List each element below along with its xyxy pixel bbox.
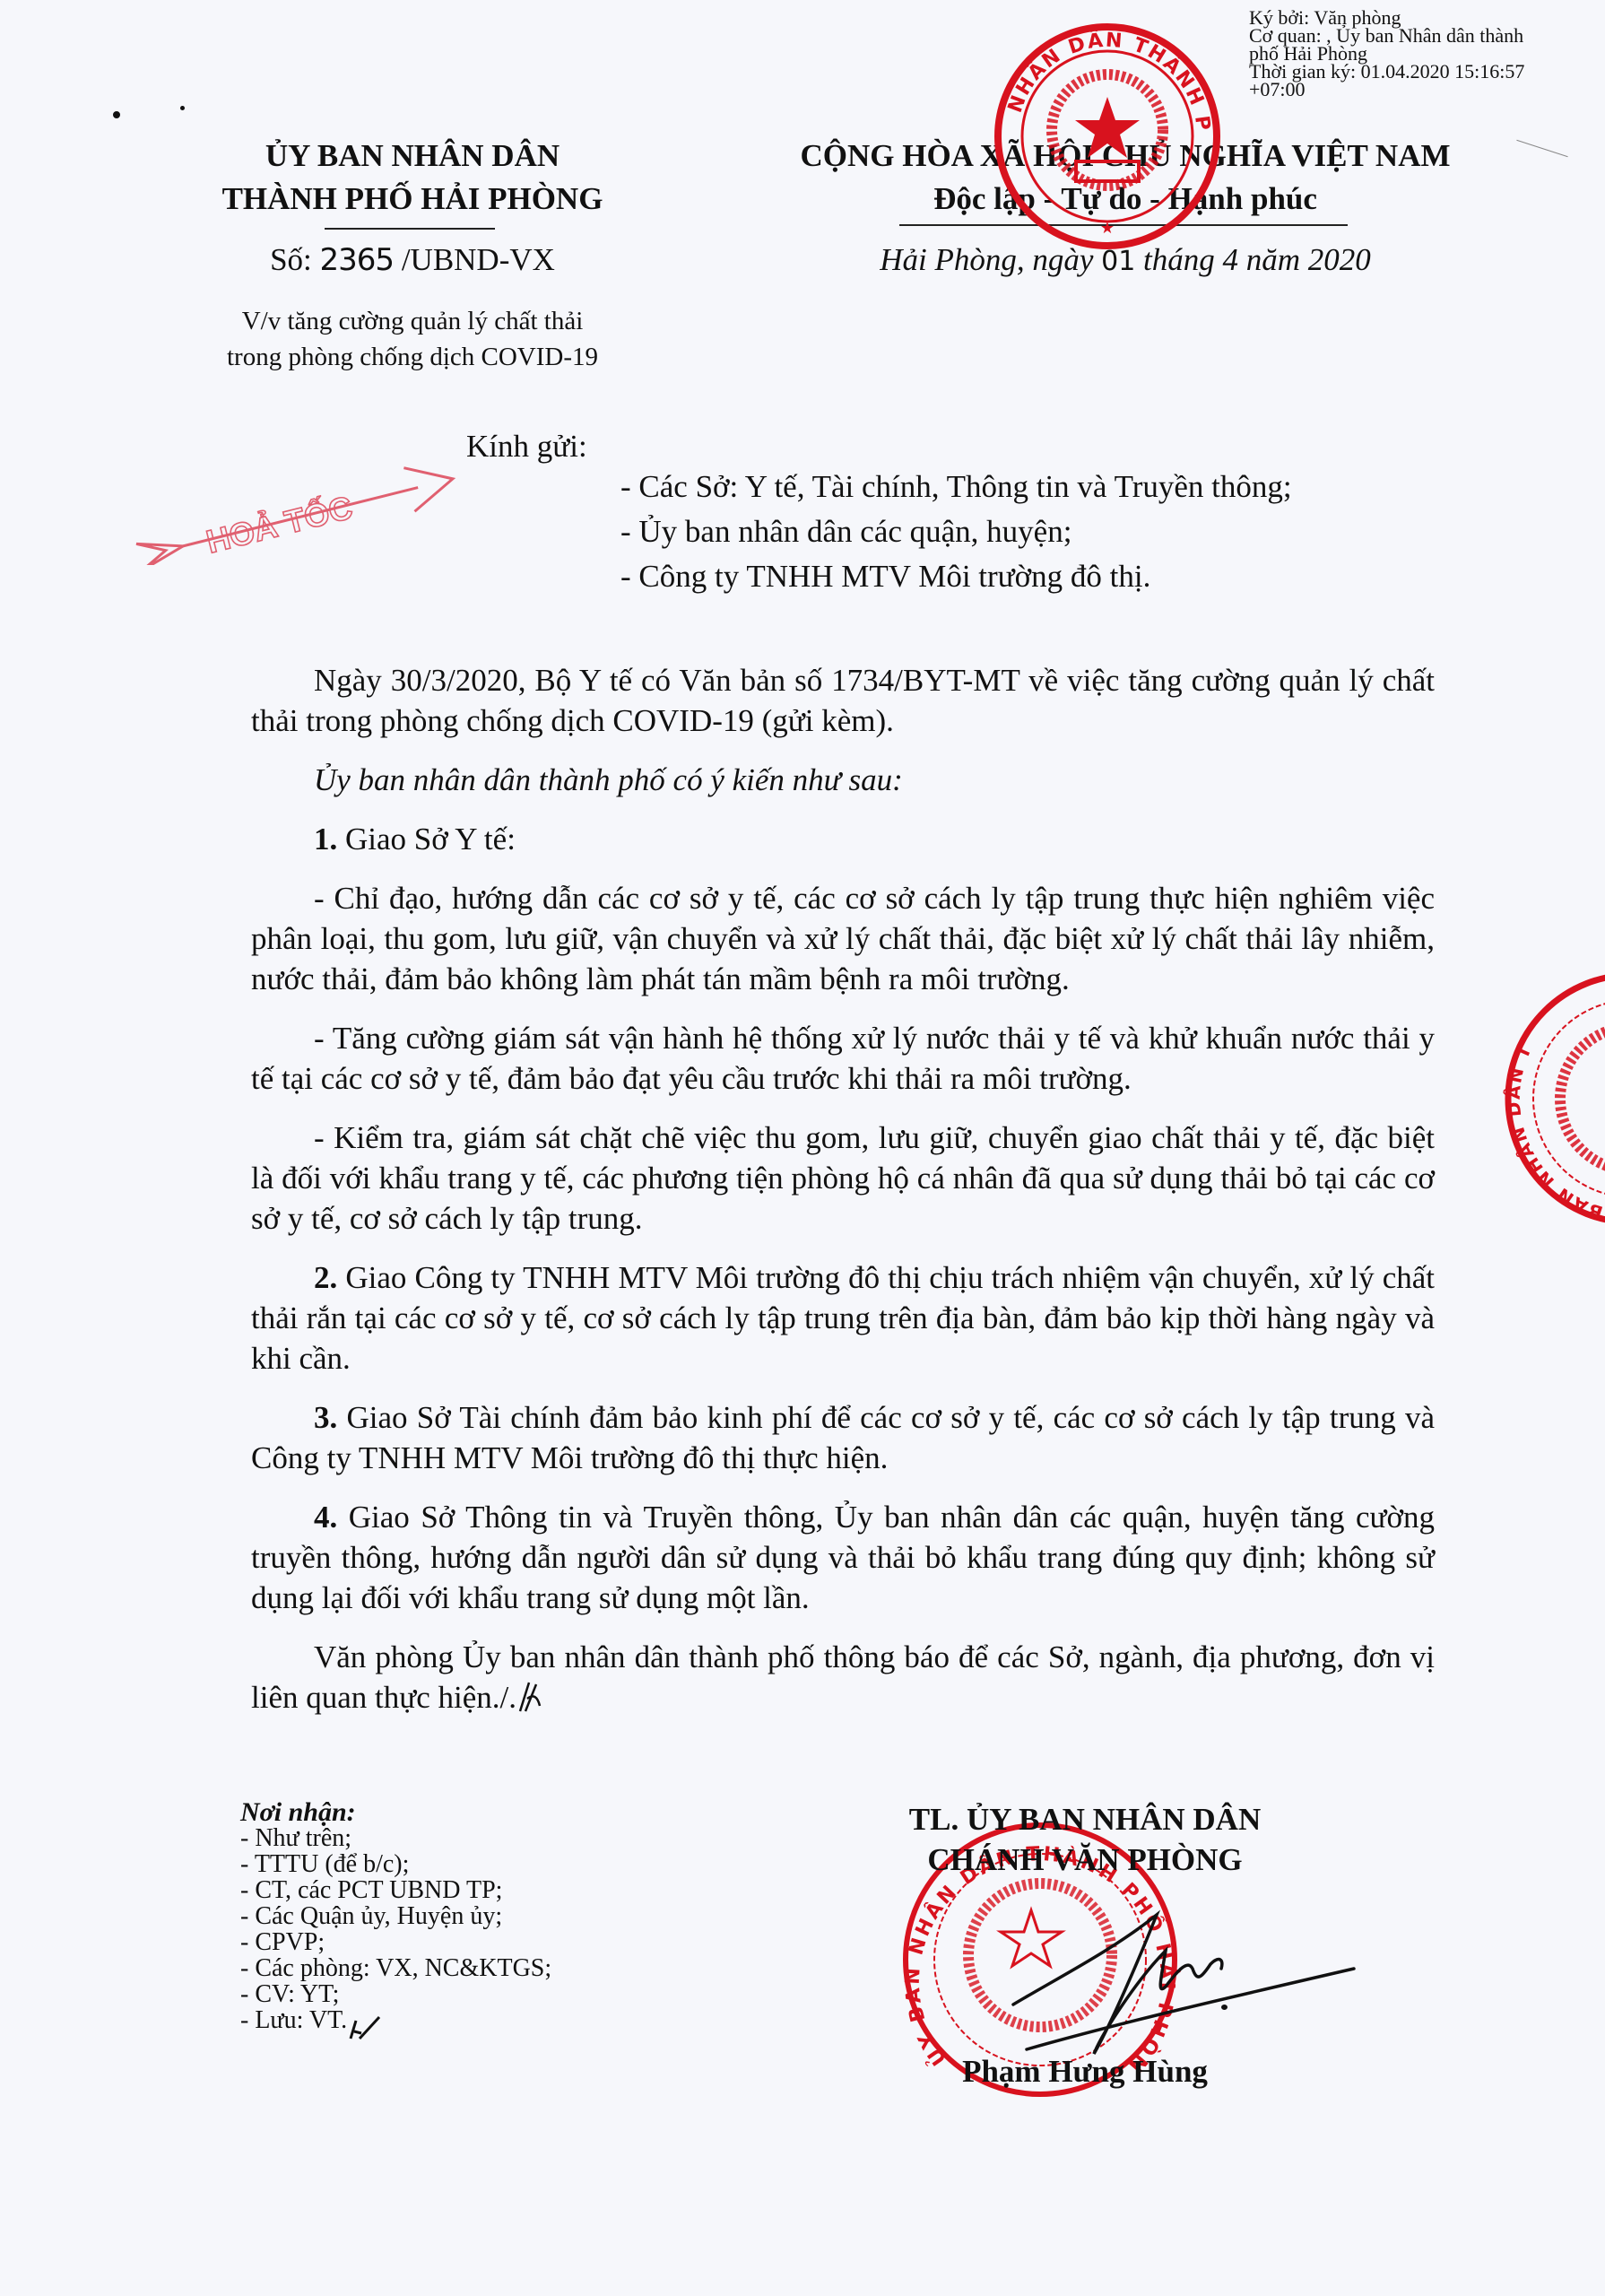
date-prefix: Hải Phòng, ngày [880, 242, 1101, 277]
distribution-list: Nơi nhận: - Như trên; - TTTU (để b/c); -… [240, 1799, 551, 2040]
issuing-agency: ỦY BAN NHÂN DÂN THÀNH PHỐ HẢI PHÒNG [152, 135, 672, 221]
section-3-text: Giao Sở Tài chính đảm bảo kinh phí để cá… [251, 1400, 1435, 1475]
section-1-bullet-3: - Kiểm tra, giám sát chặt chẽ việc thu g… [251, 1118, 1435, 1239]
distribution-item: - Lưu: VT. [240, 2007, 551, 2040]
doc-number-suffix: /UBND-VX [394, 242, 555, 277]
document-number: Số: 2365 /UBND-VX [152, 242, 672, 278]
signature-authority: TL. ỦY BAN NHÂN DÂN [861, 1799, 1309, 1839]
signature-title: CHÁNH VĂN PHÒNG [861, 1839, 1309, 1880]
handwritten-signature-icon [986, 1897, 1363, 2076]
distribution-item: - CT, các PCT UBND TP; [240, 1877, 551, 1903]
digital-signature-info: Ký bởi: Văn phòng Cơ quan: , Ủy ban Nhân… [1249, 9, 1599, 99]
agency-name-line-2: THÀNH PHỐ HẢI PHÒNG [152, 178, 672, 221]
urgent-stamp-icon: HOẢ TỐC [126, 466, 484, 565]
recipients-label: Kính gửi: [466, 429, 587, 465]
date-day-handwritten: 01 [1101, 246, 1135, 277]
section-3: 3. Giao Sở Tài chính đảm bảo kinh phí để… [251, 1397, 1435, 1478]
initials-mark-icon [516, 1679, 543, 1715]
distribution-item: - Các phòng: VX, NC&KTGS; [240, 1955, 551, 1981]
distribution-item: - CPVP; [240, 1929, 551, 1955]
issue-date: Hải Phòng, ngày 01 tháng 4 năm 2020 [744, 242, 1506, 278]
subject-line-2: trong phòng chống dịch COVID-19 [152, 339, 672, 375]
section-4: 4. Giao Sở Thông tin và Truyền thông, Ủy… [251, 1497, 1435, 1618]
distribution-title: Nơi nhận: [240, 1799, 551, 1825]
scan-speck [113, 111, 120, 118]
distribution-item: - TTTU (để b/c); [240, 1851, 551, 1877]
signature-block: TL. ỦY BAN NHÂN DÂN CHÁNH VĂN PHÒNG [861, 1799, 1309, 1880]
section-3-number: 3. [314, 1400, 337, 1435]
edge-seal-icon: BAN NHÂN DÂN T [1488, 964, 1605, 1233]
subject-line-1: V/v tăng cường quản lý chất thải [152, 303, 672, 339]
agency-name-line-1: ỦY BAN NHÂN DÂN [152, 135, 672, 178]
signer-name: Phạm Hưng Hùng [861, 2054, 1309, 2090]
document-body: Ngày 30/3/2020, Bộ Y tế có Văn bản số 17… [251, 660, 1435, 1736]
closing-text: Văn phòng Ủy ban nhân dân thành phố thôn… [251, 1639, 1435, 1715]
distribution-item: - Như trên; [240, 1825, 551, 1851]
recipient-item: - Các Sở: Y tế, Tài chính, Thông tin và … [620, 465, 1292, 509]
opinion-paragraph: Ủy ban nhân dân thành phố có ý kiến như … [251, 760, 1435, 800]
distribution-item: - CV: YT; [240, 1981, 551, 2007]
motto: Độc lập - Tự do - Hạnh phúc [744, 178, 1506, 221]
section-4-number: 4. [314, 1500, 337, 1535]
section-2-number: 2. [314, 1260, 337, 1295]
intro-paragraph: Ngày 30/3/2020, Bộ Y tế có Văn bản số 17… [251, 660, 1435, 741]
section-4-text: Giao Sở Thông tin và Truyền thông, Ủy ba… [251, 1500, 1435, 1615]
closing-paragraph: Văn phòng Ủy ban nhân dân thành phố thôn… [251, 1637, 1435, 1718]
scan-speck [180, 106, 185, 110]
section-1-bullet-2: - Tăng cường giám sát vận hành hệ thống … [251, 1018, 1435, 1099]
section-2: 2. Giao Công ty TNHH MTV Môi trường đô t… [251, 1257, 1435, 1378]
scan-mark [1516, 140, 1567, 157]
agency-underline [325, 228, 495, 230]
recipients-list: - Các Sở: Y tế, Tài chính, Thông tin và … [620, 465, 1292, 599]
initials-mark-icon [347, 2013, 383, 2040]
distribution-item: - Các Quận ủy, Huyện ủy; [240, 1903, 551, 1929]
document-subject: V/v tăng cường quản lý chất thải trong p… [152, 303, 672, 375]
svg-text:HOẢ TỐC: HOẢ TỐC [203, 488, 356, 561]
section-1-bullet-1: - Chỉ đạo, hướng dẫn các cơ sở y tế, các… [251, 878, 1435, 999]
svg-text:BAN NHÂN DÂN T: BAN NHÂN DÂN T [1503, 1040, 1605, 1224]
section-2-text: Giao Công ty TNHH MTV Môi trường đô thị … [251, 1260, 1435, 1376]
ink-dot [1221, 2005, 1228, 2010]
recipient-item: - Ủy ban nhân dân các quận, huyện; [620, 509, 1292, 554]
signing-timezone: +07:00 [1249, 81, 1599, 99]
distribution-item-text: - Lưu: VT. [240, 2006, 347, 2034]
recipient-item: - Công ty TNHH MTV Môi trường đô thị. [620, 554, 1292, 599]
motto-underline [899, 224, 1348, 226]
svg-text:★: ★ [1100, 219, 1115, 238]
date-suffix: tháng 4 năm 2020 [1135, 242, 1371, 277]
country-name: CỘNG HÒA XÃ HỘI CHỦ NGHĨA VIỆT NAM [744, 135, 1506, 178]
national-motto: CỘNG HÒA XÃ HỘI CHỦ NGHĨA VIỆT NAM Độc l… [744, 135, 1506, 221]
doc-number-label: Số: [270, 242, 319, 277]
doc-number-handwritten: 2365 [320, 242, 395, 278]
svg-text:NHÂN DÂN THÀNH PHỐ H: NHÂN DÂN THÀNH PHỐ H [986, 18, 1214, 134]
section-1-title: Giao Sở Y tế: [337, 822, 516, 857]
section-1-number: 1. [314, 822, 337, 857]
section-1-heading: 1. Giao Sở Y tế: [251, 819, 1435, 859]
